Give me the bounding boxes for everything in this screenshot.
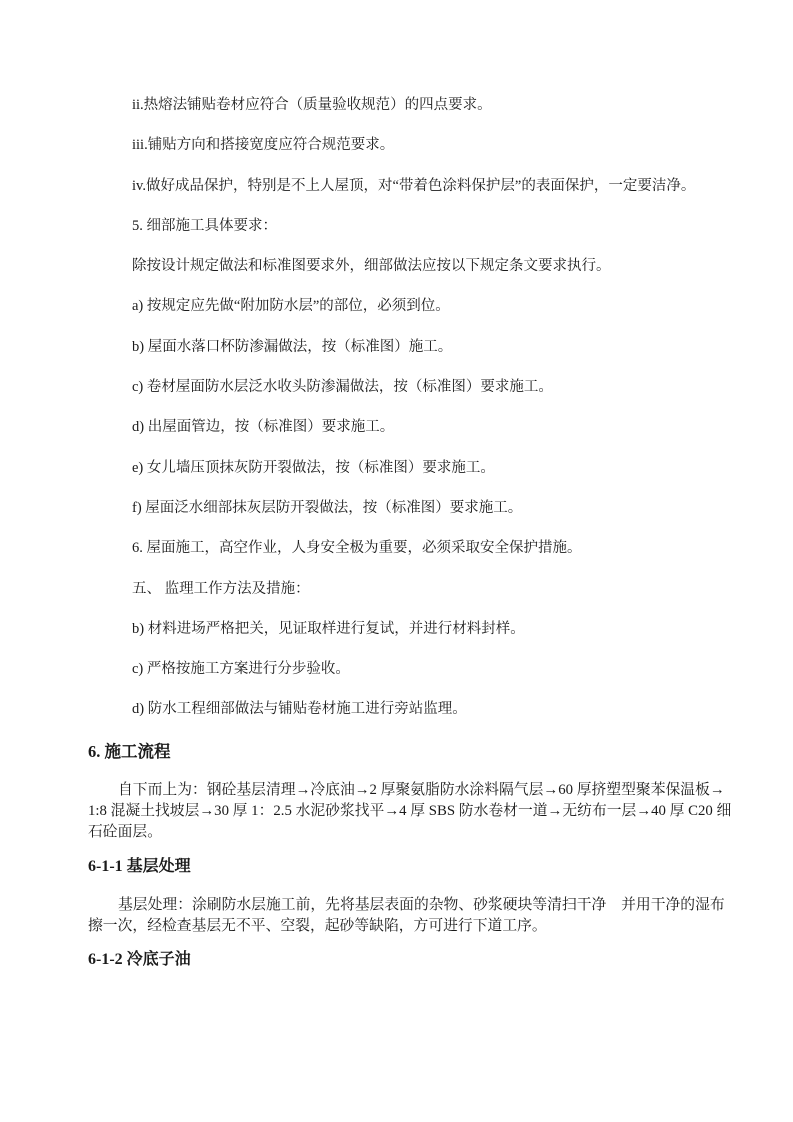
clause-paragraph: f) 屋面泛水细部抹灰层防开裂做法，按（标准图）要求施工。: [132, 501, 713, 516]
clause-paragraph: ii.热熔法铺贴卷材应符合（质量验收规范）的四点要求。: [132, 98, 713, 113]
section-6-heading: 6. 施工流程: [88, 743, 736, 761]
construction-flow-paragraph: 自下而上为：钢砼基层清理→冷底油→2 厚聚氨脂防水涂料隔气层→60 厚挤塑型聚苯…: [88, 780, 736, 844]
clause-paragraph: b) 屋面水落口杯防渗漏做法，按（标准图）施工。: [132, 340, 713, 355]
clause-paragraph: 除按设计规定做法和标准图要求外，细部做法应按以下规定条文要求执行。: [132, 259, 713, 274]
clause-paragraph: 5. 细部施工具体要求：: [132, 219, 713, 234]
subsection-6-1-1-heading: 6-1-1 基层处理: [88, 858, 736, 876]
clause-paragraph: iv.做好成品保护，特别是不上人屋顶，对“带着色涂料保护层”的表面保护，一定要洁…: [132, 179, 713, 194]
clause-paragraph: c) 严格按施工方案进行分步验收。: [132, 662, 713, 677]
clause-paragraph: c) 卷材屋面防水层泛水收头防渗漏做法，按（标准图）要求施工。: [132, 380, 713, 395]
base-treatment-paragraph: 基层处理：涂刷防水层施工前，先将基层表面的杂物、砂浆硬块等清扫干净 并用干净的湿…: [88, 895, 736, 938]
clause-paragraph: e) 女儿墙压顶抹灰防开裂做法，按（标准图）要求施工。: [132, 461, 713, 476]
clause-paragraph: 五、 监理工作方法及措施：: [132, 582, 713, 597]
clause-paragraph: a) 按规定应先做“附加防水层”的部位，必须到位。: [132, 299, 713, 314]
document-page: ii.热熔法铺贴卷材应符合（质量验收规范）的四点要求。 iii.铺贴方向和搭接宽…: [0, 0, 793, 1122]
clause-paragraph: d) 防水工程细部做法与铺贴卷材施工进行旁站监理。: [132, 702, 713, 717]
clause-paragraph: 6. 屋面施工，高空作业，人身安全极为重要，必须采取安全保护措施。: [132, 541, 713, 556]
clause-paragraph: d) 出屋面管边，按（标准图）要求施工。: [132, 420, 713, 435]
clause-paragraph: b) 材料进场严格把关，见证取样进行复试，并进行材料封样。: [132, 622, 713, 637]
clause-paragraph: iii.铺贴方向和搭接宽度应符合规范要求。: [132, 138, 713, 153]
clauses-section: ii.热熔法铺贴卷材应符合（质量验收规范）的四点要求。 iii.铺贴方向和搭接宽…: [0, 0, 793, 717]
subsection-6-1-2-heading: 6-1-2 冷底子油: [88, 951, 736, 969]
construction-flow-section: 6. 施工流程 自下而上为：钢砼基层清理→冷底油→2 厚聚氨脂防水涂料隔气层→6…: [88, 743, 736, 969]
